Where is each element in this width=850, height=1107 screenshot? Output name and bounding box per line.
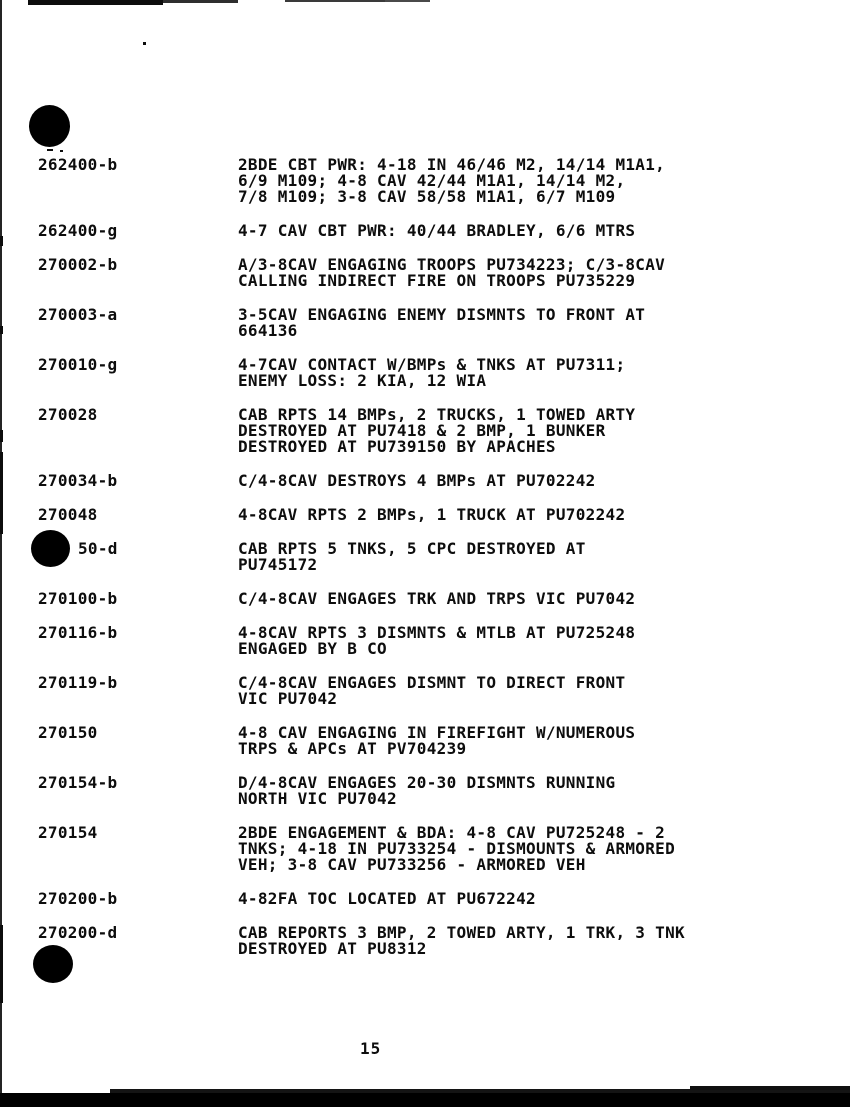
scan-edge-top <box>285 0 385 2</box>
entry-description-line: DESTROYED AT PU8312 <box>238 941 738 957</box>
entry-description: C/4-8CAV DESTROYS 4 BMPs AT PU702242 <box>238 473 738 489</box>
log-entry: 270002-b A/3-8CAV ENGAGING TROOPS PU7342… <box>38 257 798 289</box>
log-entry: 50-d CAB RPTS 5 TNKS, 5 CPC DESTROYED AT… <box>38 541 798 573</box>
log-entry: 270150 4-8 CAV ENGAGING IN FIREFIGHT W/N… <box>38 725 798 757</box>
entry-description-line: ENGAGED BY B CO <box>238 641 738 657</box>
entry-description: A/3-8CAV ENGAGING TROOPS PU734223; C/3-8… <box>238 257 738 289</box>
entry-time-code: 270100-b <box>38 591 238 607</box>
entry-description-line: VEH; 3-8 CAV PU733256 - ARMORED VEH <box>238 857 738 873</box>
scan-edge-bottom <box>690 1086 850 1090</box>
entry-description: 4-8 CAV ENGAGING IN FIREFIGHT W/NUMEROUS… <box>238 725 738 757</box>
entry-time-code: 270048 <box>38 507 238 523</box>
log-entries: 262400-b 2BDE CBT PWR: 4-18 IN 46/46 M2,… <box>38 157 798 975</box>
entry-time-code: 262400-g <box>38 223 238 239</box>
scan-speck <box>47 149 53 151</box>
entry-description: CAB REPORTS 3 BMP, 2 TOWED ARTY, 1 TRK, … <box>238 925 738 957</box>
entry-time-code: 50-d <box>38 541 238 557</box>
log-entry: 270010-g 4-7CAV CONTACT W/BMPs & TNKS AT… <box>38 357 798 389</box>
scan-edge-left-mark <box>0 236 3 246</box>
log-entry: 262400-g 4-7 CAV CBT PWR: 40/44 BRADLEY,… <box>38 223 798 239</box>
scan-edge-left-mark <box>0 925 3 1003</box>
scan-edge-bottom <box>0 1093 850 1107</box>
entry-time-code: 270200-b <box>38 891 238 907</box>
document-page: 262400-b 2BDE CBT PWR: 4-18 IN 46/46 M2,… <box>0 0 850 1107</box>
entry-time-code: 270003-a <box>38 307 238 323</box>
entry-time-code: 270150 <box>38 725 238 741</box>
log-entry: 270119-b C/4-8CAV ENGAGES DISMNT TO DIRE… <box>38 675 798 707</box>
entry-time-code: 270002-b <box>38 257 238 273</box>
entry-description-line: DESTROYED AT PU739150 BY APACHES <box>238 439 738 455</box>
entry-description: 4-7CAV CONTACT W/BMPs & TNKS AT PU7311;E… <box>238 357 738 389</box>
entry-description-line: 3-5CAV ENGAGING ENEMY DISMNTS TO FRONT A… <box>238 307 738 323</box>
scan-edge-left-mark <box>0 452 3 534</box>
log-entry: 270116-b 4-8CAV RPTS 3 DISMNTS & MTLB AT… <box>38 625 798 657</box>
scan-speck <box>143 42 146 45</box>
entry-description: C/4-8CAV ENGAGES DISMNT TO DIRECT FRONTV… <box>238 675 738 707</box>
page-number: 15 <box>360 1041 381 1057</box>
log-entry: 270034-b C/4-8CAV DESTROYS 4 BMPs AT PU7… <box>38 473 798 489</box>
scan-edge-top <box>163 0 238 3</box>
scan-edge-left-mark <box>0 430 3 442</box>
log-entry: 270028 CAB RPTS 14 BMPs, 2 TRUCKS, 1 TOW… <box>38 407 798 455</box>
entry-time-code: 270034-b <box>38 473 238 489</box>
entry-time-code: 270154 <box>38 825 238 841</box>
entry-time-code: 270010-g <box>38 357 238 373</box>
entry-description-line: ENEMY LOSS: 2 KIA, 12 WIA <box>238 373 738 389</box>
log-entry: 270100-b C/4-8CAV ENGAGES TRK AND TRPS V… <box>38 591 798 607</box>
entry-time-code: 270028 <box>38 407 238 423</box>
entry-description-line: 664136 <box>238 323 738 339</box>
entry-description: 4-8CAV RPTS 2 BMPs, 1 TRUCK AT PU702242 <box>238 507 738 523</box>
entry-description-line: C/4-8CAV ENGAGES TRK AND TRPS VIC PU7042 <box>238 591 738 607</box>
entry-description-line: C/4-8CAV DESTROYS 4 BMPs AT PU702242 <box>238 473 738 489</box>
entry-description-line: 4-8CAV RPTS 2 BMPs, 1 TRUCK AT PU702242 <box>238 507 738 523</box>
scan-edge-top <box>28 0 163 5</box>
entry-time-code: 262400-b <box>38 157 238 173</box>
log-entry: 270154-b D/4-8CAV ENGAGES 20-30 DISMNTS … <box>38 775 798 807</box>
log-entry: 270048 4-8CAV RPTS 2 BMPs, 1 TRUCK AT PU… <box>38 507 798 523</box>
entry-description: 4-82FA TOC LOCATED AT PU672242 <box>238 891 738 907</box>
entry-time-code: 270154-b <box>38 775 238 791</box>
entry-description-line: NORTH VIC PU7042 <box>238 791 738 807</box>
log-entry: 270200-b 4-82FA TOC LOCATED AT PU672242 <box>38 891 798 907</box>
entry-description: 2BDE CBT PWR: 4-18 IN 46/46 M2, 14/14 M1… <box>238 157 738 205</box>
entry-description-line: TRPS & APCs AT PV704239 <box>238 741 738 757</box>
scan-speck <box>60 150 63 152</box>
entry-time-code: 270116-b <box>38 625 238 641</box>
entry-description-line: 7/8 M109; 3-8 CAV 58/58 M1A1, 6/7 M109 <box>238 189 738 205</box>
entry-description-line: 4-7 CAV CBT PWR: 40/44 BRADLEY, 6/6 MTRS <box>238 223 738 239</box>
entry-description: 4-7 CAV CBT PWR: 40/44 BRADLEY, 6/6 MTRS <box>238 223 738 239</box>
log-entry: 270200-d CAB REPORTS 3 BMP, 2 TOWED ARTY… <box>38 925 798 957</box>
scan-edge-top <box>385 0 430 2</box>
entry-description: C/4-8CAV ENGAGES TRK AND TRPS VIC PU7042 <box>238 591 738 607</box>
entry-description-line: VIC PU7042 <box>238 691 738 707</box>
entry-description: 3-5CAV ENGAGING ENEMY DISMNTS TO FRONT A… <box>238 307 738 339</box>
scan-edge-left-mark <box>0 326 3 334</box>
entry-description-line: CALLING INDIRECT FIRE ON TROOPS PU735229 <box>238 273 738 289</box>
entry-description-line: PU745172 <box>238 557 738 573</box>
hole-punch-top <box>29 105 70 147</box>
entry-description: D/4-8CAV ENGAGES 20-30 DISMNTS RUNNINGNO… <box>238 775 738 807</box>
entry-description: 4-8CAV RPTS 3 DISMNTS & MTLB AT PU725248… <box>238 625 738 657</box>
entry-description: CAB RPTS 14 BMPs, 2 TRUCKS, 1 TOWED ARTY… <box>238 407 738 455</box>
entry-time-code: 270200-d <box>38 925 238 941</box>
entry-time-code: 270119-b <box>38 675 238 691</box>
log-entry: 262400-b 2BDE CBT PWR: 4-18 IN 46/46 M2,… <box>38 157 798 205</box>
log-entry: 270154 2BDE ENGAGEMENT & BDA: 4-8 CAV PU… <box>38 825 798 873</box>
entry-description: CAB RPTS 5 TNKS, 5 CPC DESTROYED ATPU745… <box>238 541 738 573</box>
entry-description-line: 4-82FA TOC LOCATED AT PU672242 <box>238 891 738 907</box>
entry-description: 2BDE ENGAGEMENT & BDA: 4-8 CAV PU725248 … <box>238 825 738 873</box>
log-entry: 270003-a 3-5CAV ENGAGING ENEMY DISMNTS T… <box>38 307 798 339</box>
